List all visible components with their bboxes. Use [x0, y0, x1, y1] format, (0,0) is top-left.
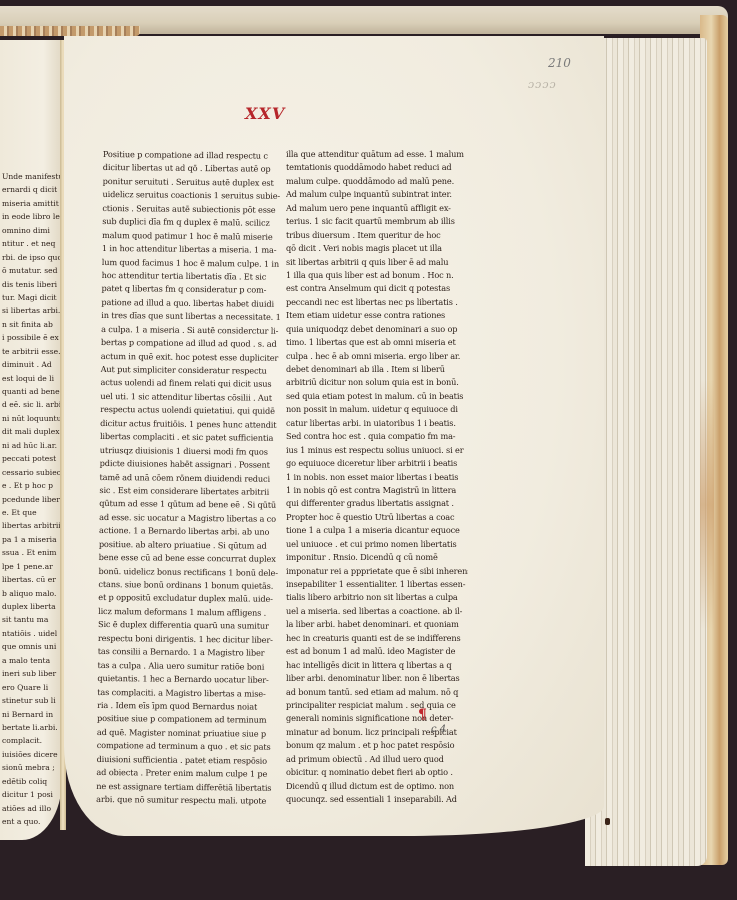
text-line: uel uniuoce . et cui primo nomen liberta…: [286, 538, 468, 551]
text-line: que omnis uni: [2, 640, 60, 653]
text-line: iuisiōes dicere: [2, 748, 60, 761]
text-line: libertas complaciti . et sic patet suffi…: [100, 430, 282, 445]
text-line: Propter hoc ē questio Utrū libertas a co…: [286, 511, 468, 524]
text-line: stinetur sub li: [2, 694, 60, 707]
text-line: pa 1 a miseria: [2, 533, 60, 546]
text-line: Dicendū q illud dictum est de optimo. no…: [286, 780, 468, 793]
text-line: lpe 1 pene.ar: [2, 560, 60, 573]
text-line: libertas. cū er: [2, 573, 60, 586]
text-line: 1 illa qua quis liber est ad bonum . Hoc…: [286, 269, 468, 282]
text-line: go equiuoce diceretur liber arbitrii i b…: [286, 457, 468, 470]
text-line: qui differenter gradus libertatis assign…: [286, 497, 468, 510]
text-line: uel a miseria. sed libertas a coactione.…: [286, 605, 468, 618]
rubric-paragraph-mark-icon: ¶: [418, 707, 427, 723]
text-line: in eode libro le: [2, 210, 60, 223]
text-line: bene esse cū ad bene esse concurrat dupl…: [99, 551, 281, 566]
text-line: sub duplici dīa fm q duplex ē malū. scil…: [102, 215, 284, 230]
left-page-text-fragment: Unde manifestuernardi q dicitmiseria ami…: [2, 170, 60, 828]
text-line: cessario subiect: [2, 466, 60, 479]
text-line: duplex liberta: [2, 600, 60, 613]
text-line: imponatur rei a ppprietate que ē sibi in…: [286, 565, 468, 578]
left-page: Unde manifestuernardi q dicitmiseria ami…: [0, 40, 62, 840]
text-line: principaliter respiciat malum . sed quia…: [286, 699, 468, 712]
text-line: est loqui de li: [2, 372, 60, 385]
text-line: est contra Anselmum qui dicit q potestas: [286, 282, 468, 295]
text-line: Sed contra hoc est . quia compatio fm ma…: [286, 430, 468, 443]
text-line: ntitur . et neq: [2, 237, 60, 250]
text-line: 1 in nobis qō est contra Magistrū in lit…: [286, 484, 468, 497]
ink-spot: [605, 818, 610, 825]
text-line: tribus diuersum . Item queritur de hoc: [286, 229, 468, 242]
text-line: est ad bonum 1 ad malū. ideo Magister de: [286, 645, 468, 658]
text-line: arbitriū dicitur non solum quia est in b…: [286, 376, 468, 389]
text-line: e. Et que: [2, 506, 60, 519]
text-line: e . Et p hoc p: [2, 479, 60, 492]
text-line: sit tantu ma: [2, 613, 60, 626]
text-line: sed quia etiam potest in malum. cū in be…: [286, 390, 468, 403]
text-line: qō dicit . Veri nobis magis placet ut il…: [286, 242, 468, 255]
binding-stain: [700, 380, 714, 630]
signature-mark: c 4: [431, 724, 446, 735]
text-line: tas consilii a Bernardo. 1 a Magistro li…: [98, 645, 280, 660]
text-line: tur. Magi dicit: [2, 291, 60, 304]
text-line: rbi. de ipso quo: [2, 251, 60, 264]
text-line: sit libertas arbitrii q quis liber ē ad …: [286, 256, 468, 269]
text-line: atiōes ad illo: [2, 802, 60, 815]
text-line: ad obiecta . Preter enim malum culpe 1 p…: [96, 766, 278, 781]
text-line: ero Quare li: [2, 681, 60, 694]
text-line: b aliquo malo.: [2, 587, 60, 600]
text-line: edētib coliq: [2, 775, 60, 788]
text-line: 1 in nobis. non esset maior libertas i b…: [286, 471, 468, 484]
text-line: quietantis. 1 hec a Bernardo uocatur lib…: [97, 672, 279, 687]
text-column-b: illa que attenditur quātum ad esse. 1 ma…: [286, 148, 468, 806]
text-column-a: Positiue p compatione ad illad respectu …: [96, 148, 285, 808]
text-line: terius. 1 sic facit quartū membrum ab il…: [286, 215, 468, 228]
text-line: i possibile ē ex: [2, 331, 60, 344]
text-line: tialis libero arbitrio non sit libertas …: [286, 591, 468, 604]
text-line: debet denominari ab illa . Item si liber…: [286, 363, 468, 376]
text-line: bertas p compatione ad illud ad quod . s…: [101, 336, 283, 351]
text-line: la liber arbi. habet denominari. et quon…: [286, 618, 468, 631]
text-line: libertas arbitrii: [2, 519, 60, 532]
text-line: omnino dimi: [2, 224, 60, 237]
text-line: tione 1 a culpa 1 a miseria dicantur equ…: [286, 524, 468, 537]
text-line: liber arbi. denominatur liber. non ē lib…: [286, 672, 468, 685]
text-line: peccati potest: [2, 452, 60, 465]
text-line: diminuit . Ad: [2, 358, 60, 371]
text-line: complacit.: [2, 734, 60, 747]
text-line: insepabiliter 1 essentialiter. 1 liberta…: [286, 578, 468, 591]
text-line: quanti ad bene: [2, 385, 60, 398]
text-line: ernardi q dicit: [2, 183, 60, 196]
text-line: ni Bernard in: [2, 708, 60, 721]
text-line: obicitur. q nominatio debet fieri ab opt…: [286, 766, 468, 779]
text-line: ineri sub liber: [2, 667, 60, 680]
text-line: te arbitrii esse.: [2, 345, 60, 358]
text-line: si libertas arbi.: [2, 304, 60, 317]
text-line: hec in creaturis quanti est de se indiff…: [286, 632, 468, 645]
text-line: non possit in malum. uidetur q equiuoce …: [286, 403, 468, 416]
text-line: quocunqz. sed essentiali 1 inseparabili.…: [286, 793, 468, 806]
text-line: miseria amittit: [2, 197, 60, 210]
text-line: catur libertas arbi. in uiatoribus 1 i b…: [286, 417, 468, 430]
text-line: pdicte diuisiones habēt assignari . Poss…: [100, 457, 282, 472]
headband: [0, 26, 140, 36]
text-line: temtationis quoddāmodo habet reduci ad: [286, 161, 468, 174]
text-line: quia uniquodqz debet denominari a suo op: [286, 323, 468, 336]
text-line: peccandi nec est libertas nec ps liberta…: [286, 296, 468, 309]
text-line: pcedunde liber: [2, 493, 60, 506]
text-line: Unde manifestu: [2, 170, 60, 183]
text-line: ntatiōis . uidel: [2, 627, 60, 640]
text-line: 1 in hoc attenditur libertas a miseria. …: [102, 242, 284, 257]
text-line: Ad malum culpe inquantū subintrat inter.: [286, 188, 468, 201]
text-line: d eē. sic li. arbi.: [2, 398, 60, 411]
pencil-annotation: ɔɔɔɔ: [528, 78, 557, 91]
text-line: a malo tenta: [2, 654, 60, 667]
text-line: ius 1 minus est respectu solius uniuoci.…: [286, 444, 468, 457]
text-line: bertate li.arbi.: [2, 721, 60, 734]
text-line: ni nūt loquuntur: [2, 412, 60, 425]
folio-number: 210: [548, 56, 571, 70]
text-line: ssua . Et enim: [2, 546, 60, 559]
text-line: timo. 1 libertas que est ab omni miseria…: [286, 336, 468, 349]
text-line: n sit finita ab: [2, 318, 60, 331]
text-line: malum culpe. quoddāmodo ad malū pene.: [286, 175, 468, 188]
text-line: dis tenis liberi: [2, 278, 60, 291]
text-line: ni ad hūc li.ar.: [2, 439, 60, 452]
text-line: bonum qz malum . et p hoc patet respōsio: [286, 739, 468, 752]
running-head: XXV: [245, 104, 285, 123]
book-photograph: Unde manifestuernardi q dicitmiseria ami…: [0, 0, 737, 900]
text-line: sionū mebra ;: [2, 761, 60, 774]
text-line: hac intelligēs dicit in littera q libert…: [286, 659, 468, 672]
text-line: Ad malum uero pene inquantū affligit ex-: [286, 202, 468, 215]
text-line: illa que attenditur quātum ad esse. 1 ma…: [286, 148, 468, 161]
text-line: ad primum obiectū . Ad illud uero quod: [286, 753, 468, 766]
text-line: dicitur 1 posi: [2, 788, 60, 801]
text-line: imponitur . Rnsio. Dicendū q cū nomē: [286, 551, 468, 564]
text-line: culpa . hec ē ab omni miseria. ergo libe…: [286, 350, 468, 363]
text-line: ō mutatur. sed: [2, 264, 60, 277]
text-line: Item etiam uidetur esse contra rationes: [286, 309, 468, 322]
text-line: ad bonum tantū. sed etiam ad malum. nō q: [286, 686, 468, 699]
text-line: dit mali duplex: [2, 425, 60, 438]
text-line: ent a quo.: [2, 815, 60, 828]
text-line: arbi. que nō sumitur respectu mali. utpo…: [96, 793, 278, 808]
